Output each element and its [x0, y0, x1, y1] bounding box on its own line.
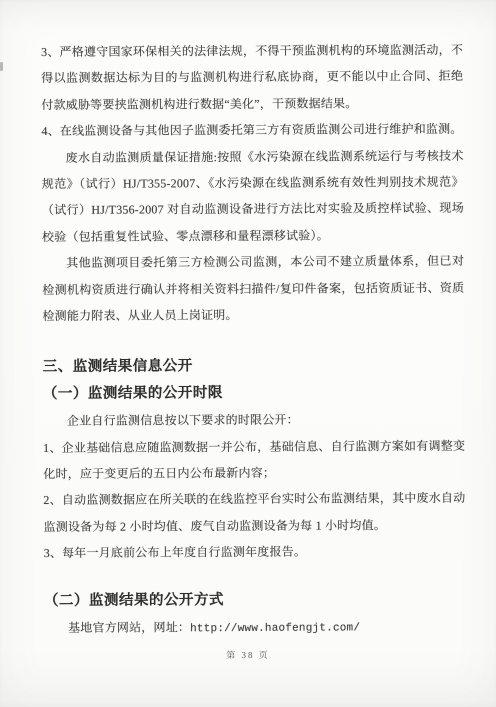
document-line: 监测设备为每 2 小时均值、废气自动监测设备为每 1 小时均值。: [43, 512, 465, 541]
document-line: 得以监测数据达标为目的与监测机构进行私底协商，更不能以中止合同、拒绝: [41, 63, 463, 92]
scan-artifact: [0, 62, 3, 71]
website-label: 基地官方网站，网址：: [68, 620, 190, 635]
document-line: 检测机构资质进行确认并将相关资料扫描件/复印件备案，包括资质证书、资质: [42, 274, 464, 303]
document-line: 付款威胁等要挟监测机构进行数据“美化”，干预数据结果。: [41, 90, 463, 119]
website-line: 基地官方网站，网址：http://www.haofengjt.com/: [44, 612, 466, 641]
website-url: http://www.haofengjt.com/: [190, 622, 360, 635]
document-line: 1、企业基础信息应随监测数据一并公布，基础信息、自行监测方案如有调整变: [43, 432, 465, 461]
document-line: 规范》（试行）HJ/T355-2007、《水污染源在线监测系统有效性判别技术规范…: [42, 169, 464, 198]
document-line: 化时，应于变更后的五日内公布最新内容；: [43, 459, 465, 488]
page-number: 第 38 页: [0, 647, 496, 663]
document-line: 3、严格遵守国家环保相关的法律法规，不得干预监测机构的环境监测活动，不: [41, 37, 463, 66]
section-heading-monitoring-results-disclosure: 三、监测结果信息公开: [43, 352, 465, 381]
document-line: 3、每年一月底前公布上年度自行监测年度报告。: [44, 538, 466, 567]
document-line: 4、在线监测设备与其他因子监测委托第三方有资质监测公司进行维护和监测。: [41, 116, 463, 145]
document-line: 废水自动监测质量保证措施:按照《水污染源在线监测系统运行与考核技术: [42, 142, 464, 171]
document-body: 3、严格遵守国家环保相关的法律法规，不得干预监测机构的环境监测活动，不 得以监测…: [41, 37, 466, 641]
subsection-heading-disclosure-method: （二）监测结果的公开方式: [44, 585, 466, 614]
document-line: 其他监测项目委托第三方检测公司监测，本公司不建立质量体系，但已对: [42, 248, 464, 277]
document-page: 3、严格遵守国家环保相关的法律法规，不得干预监测机构的环境监测活动，不 得以监测…: [0, 0, 496, 707]
document-line: 企业自行监测信息按以下要求的时限公开：: [43, 406, 465, 435]
document-line: 校验（包括重复性试验、零点漂移和量程漂移试验）。: [42, 222, 464, 251]
document-line: 检测能力附表、从业人员上岗证明。: [42, 301, 464, 330]
document-line: 2、自动监测数据应在所关联的在线监控平台实时公布监测结果，其中废水自动: [43, 485, 465, 514]
document-line: （试行）HJ/T356-2007 对自动监测设备进行方法比对实验及质控样试验、现…: [42, 195, 464, 224]
subsection-heading-disclosure-time-limit: （一）监测结果的公开时限: [43, 379, 465, 408]
